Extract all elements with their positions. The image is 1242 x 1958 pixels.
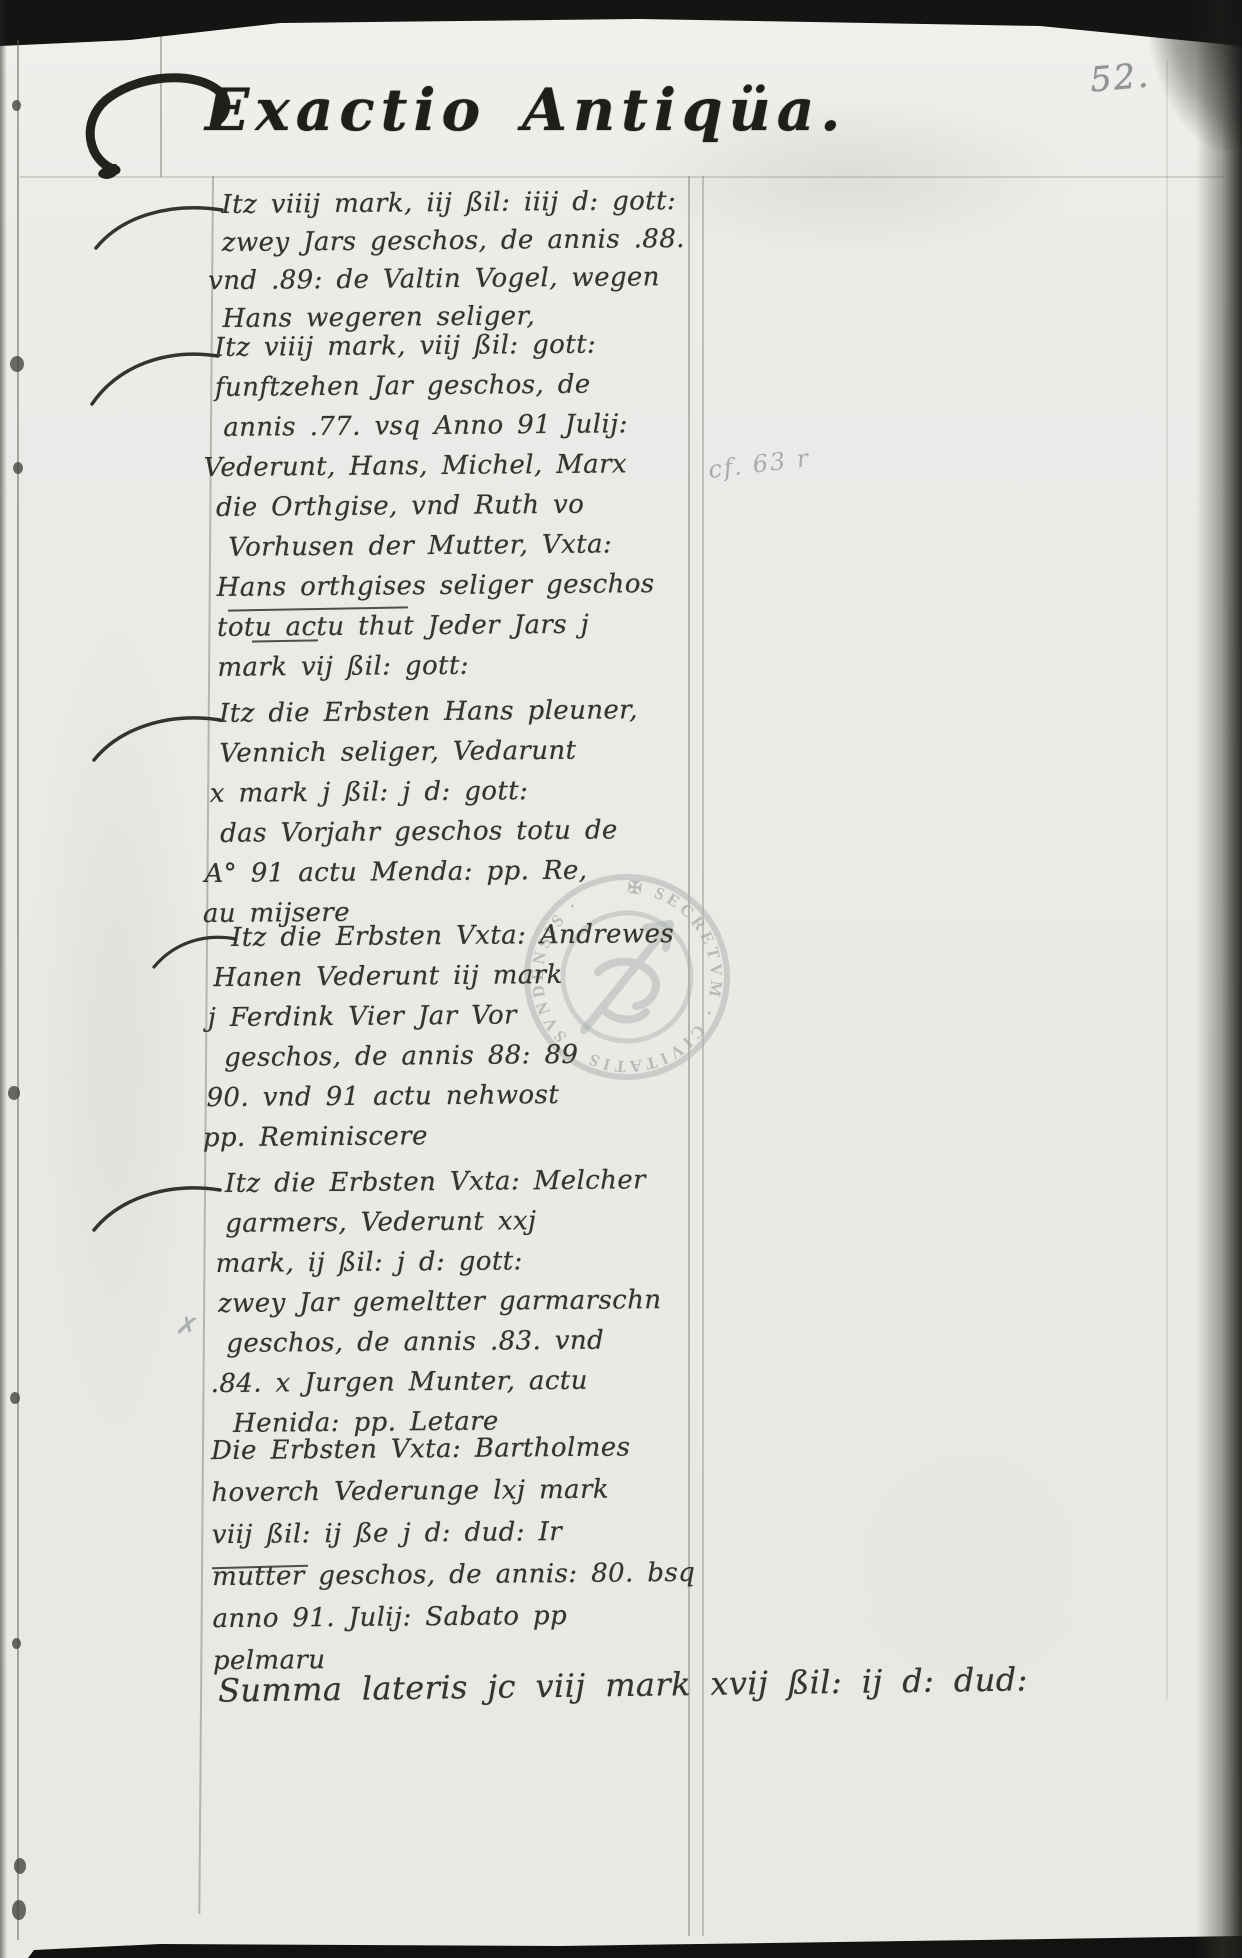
paper-stain: [760, 1350, 1180, 1770]
manuscript-line: annis .77. vsq Anno 91 Julij:: [223, 404, 653, 448]
manuscript-line: Vederunt, Hans, Michel, Marx: [203, 444, 653, 488]
binding-mark: [10, 356, 24, 372]
binding-mark: [12, 1638, 21, 1649]
manuscript-line: pp. Reminiscere: [203, 1114, 676, 1158]
pencil-check-mark: ✗: [173, 1310, 201, 1344]
photo-edge-top: [0, 0, 1242, 48]
manuscript-line: mark, ij ßil: j d: gott:: [215, 1240, 661, 1284]
manuscript-line: vnd .89: de Valtin Vogel, wegen: [208, 258, 685, 300]
binding-mark: [8, 1086, 20, 1100]
manuscript-line: Itz die Erbsten Vxta: Andrewes: [231, 914, 674, 958]
manuscript-line: Itz viiij mark, iij ßil: iiij d: gott:: [221, 182, 684, 224]
entry-swash: [92, 192, 227, 252]
manuscript-line: anno 91. Julij: Sabato pp: [212, 1594, 695, 1640]
manuscript-page: 52. Exactio Antiqüa. cf. 63 r ✠ SECRETVM…: [0, 0, 1242, 1958]
binding-mark: [14, 1858, 26, 1874]
margin-note-pencil: cf. 63 r: [707, 444, 812, 484]
manuscript-line: Itz viiij mark, viij ßil: gott:: [214, 324, 652, 368]
manuscript-line: A° 91 actu Menda: pp. Re,: [204, 850, 639, 894]
manuscript-line: funftzehen Jar geschos, de: [215, 364, 653, 408]
manuscript-line: die Orthgise, vnd Ruth vo: [216, 484, 654, 528]
folio-number: 52.: [1088, 55, 1151, 100]
manuscript-line: Hanen Vederunt iij mark: [213, 954, 674, 998]
ledger-entry: Itz viiij mark, viij ßil: gott: funftzeh…: [214, 324, 655, 688]
manuscript-line: hoverch Vederunge lxj mark: [211, 1468, 694, 1514]
manuscript-line: mutter geschos, de annis: 80. bsq: [212, 1552, 695, 1598]
binding-mark: [12, 1900, 26, 1920]
ruled-line-horizontal: [20, 176, 1224, 178]
manuscript-line: Itz die Erbsten Vxta: Melcher: [225, 1160, 661, 1204]
ruled-line-far-right: [1166, 60, 1168, 1700]
binding-mark: [12, 100, 21, 111]
ledger-entry: Itz die Erbsten Vxta: Andrewes Hanen Ved…: [231, 914, 676, 1158]
binding-mark: [10, 1392, 20, 1404]
manuscript-line: viij ßil: ij ße j d: dud: Ir: [212, 1510, 695, 1556]
photo-edge-left: [0, 0, 7, 1958]
manuscript-line: 90. vnd 91 actu nehwost: [206, 1074, 675, 1118]
manuscript-line: Vorhusen der Mutter, Vxta:: [228, 524, 654, 568]
manuscript-line: mark vij ßil: gott:: [217, 644, 655, 688]
manuscript-line: geschos, de annis .83. vnd: [226, 1320, 662, 1364]
page-title-word-2: Antiqüa.: [522, 76, 847, 144]
manuscript-line: zwey Jars geschos, de annis .88.: [222, 220, 685, 262]
ledger-entry: Itz viiij mark, iij ßil: iiij d: gott: z…: [221, 182, 685, 338]
photo-edge-bottom: [0, 1934, 1242, 1958]
entry-swash: [88, 336, 223, 408]
manuscript-line: geschos, de annis 88: 89: [224, 1034, 675, 1078]
ledger-entry: Die Erbsten Vxta: Bartholmes hoverch Ved…: [211, 1426, 696, 1682]
ledger-entry: Itz die Erbsten Hans pleuner, Vennich se…: [219, 690, 640, 934]
manuscript-line: Vennich seliger, Vedarunt: [219, 730, 638, 774]
binding-crease: [17, 40, 19, 1940]
ruled-line-left-upper: [160, 34, 162, 177]
manuscript-line: x mark j ßil: j d: gott:: [210, 770, 639, 814]
binding-mark: [13, 462, 23, 474]
manuscript-line: .84. x Jurgen Munter, actu: [211, 1360, 663, 1404]
ruled-line-left-column: [198, 176, 214, 1914]
manuscript-line: Itz die Erbsten Hans pleuner,: [219, 690, 638, 734]
photo-edge-right: [1196, 0, 1242, 1958]
manuscript-line: das Vorjahr geschos totu de: [220, 810, 639, 854]
page-title-word-1: Exactio: [205, 76, 486, 144]
manuscript-line: Die Erbsten Vxta: Bartholmes: [211, 1426, 694, 1472]
manuscript-line: j Ferdink Vier Jar Vor: [208, 994, 675, 1038]
manuscript-line: zwey Jar gemeltter garmarschn: [218, 1280, 662, 1324]
manuscript-line: Hans orthgises seliger geschos: [217, 564, 655, 608]
photo-edge-corner: [1150, 0, 1242, 150]
ledger-entry: Itz die Erbsten Vxta: Melcher garmers, V…: [225, 1160, 663, 1444]
paper-stain: [30, 600, 200, 1500]
entry-swash: [90, 702, 225, 764]
manuscript-line: garmers, Vederunt xxj: [225, 1200, 661, 1244]
